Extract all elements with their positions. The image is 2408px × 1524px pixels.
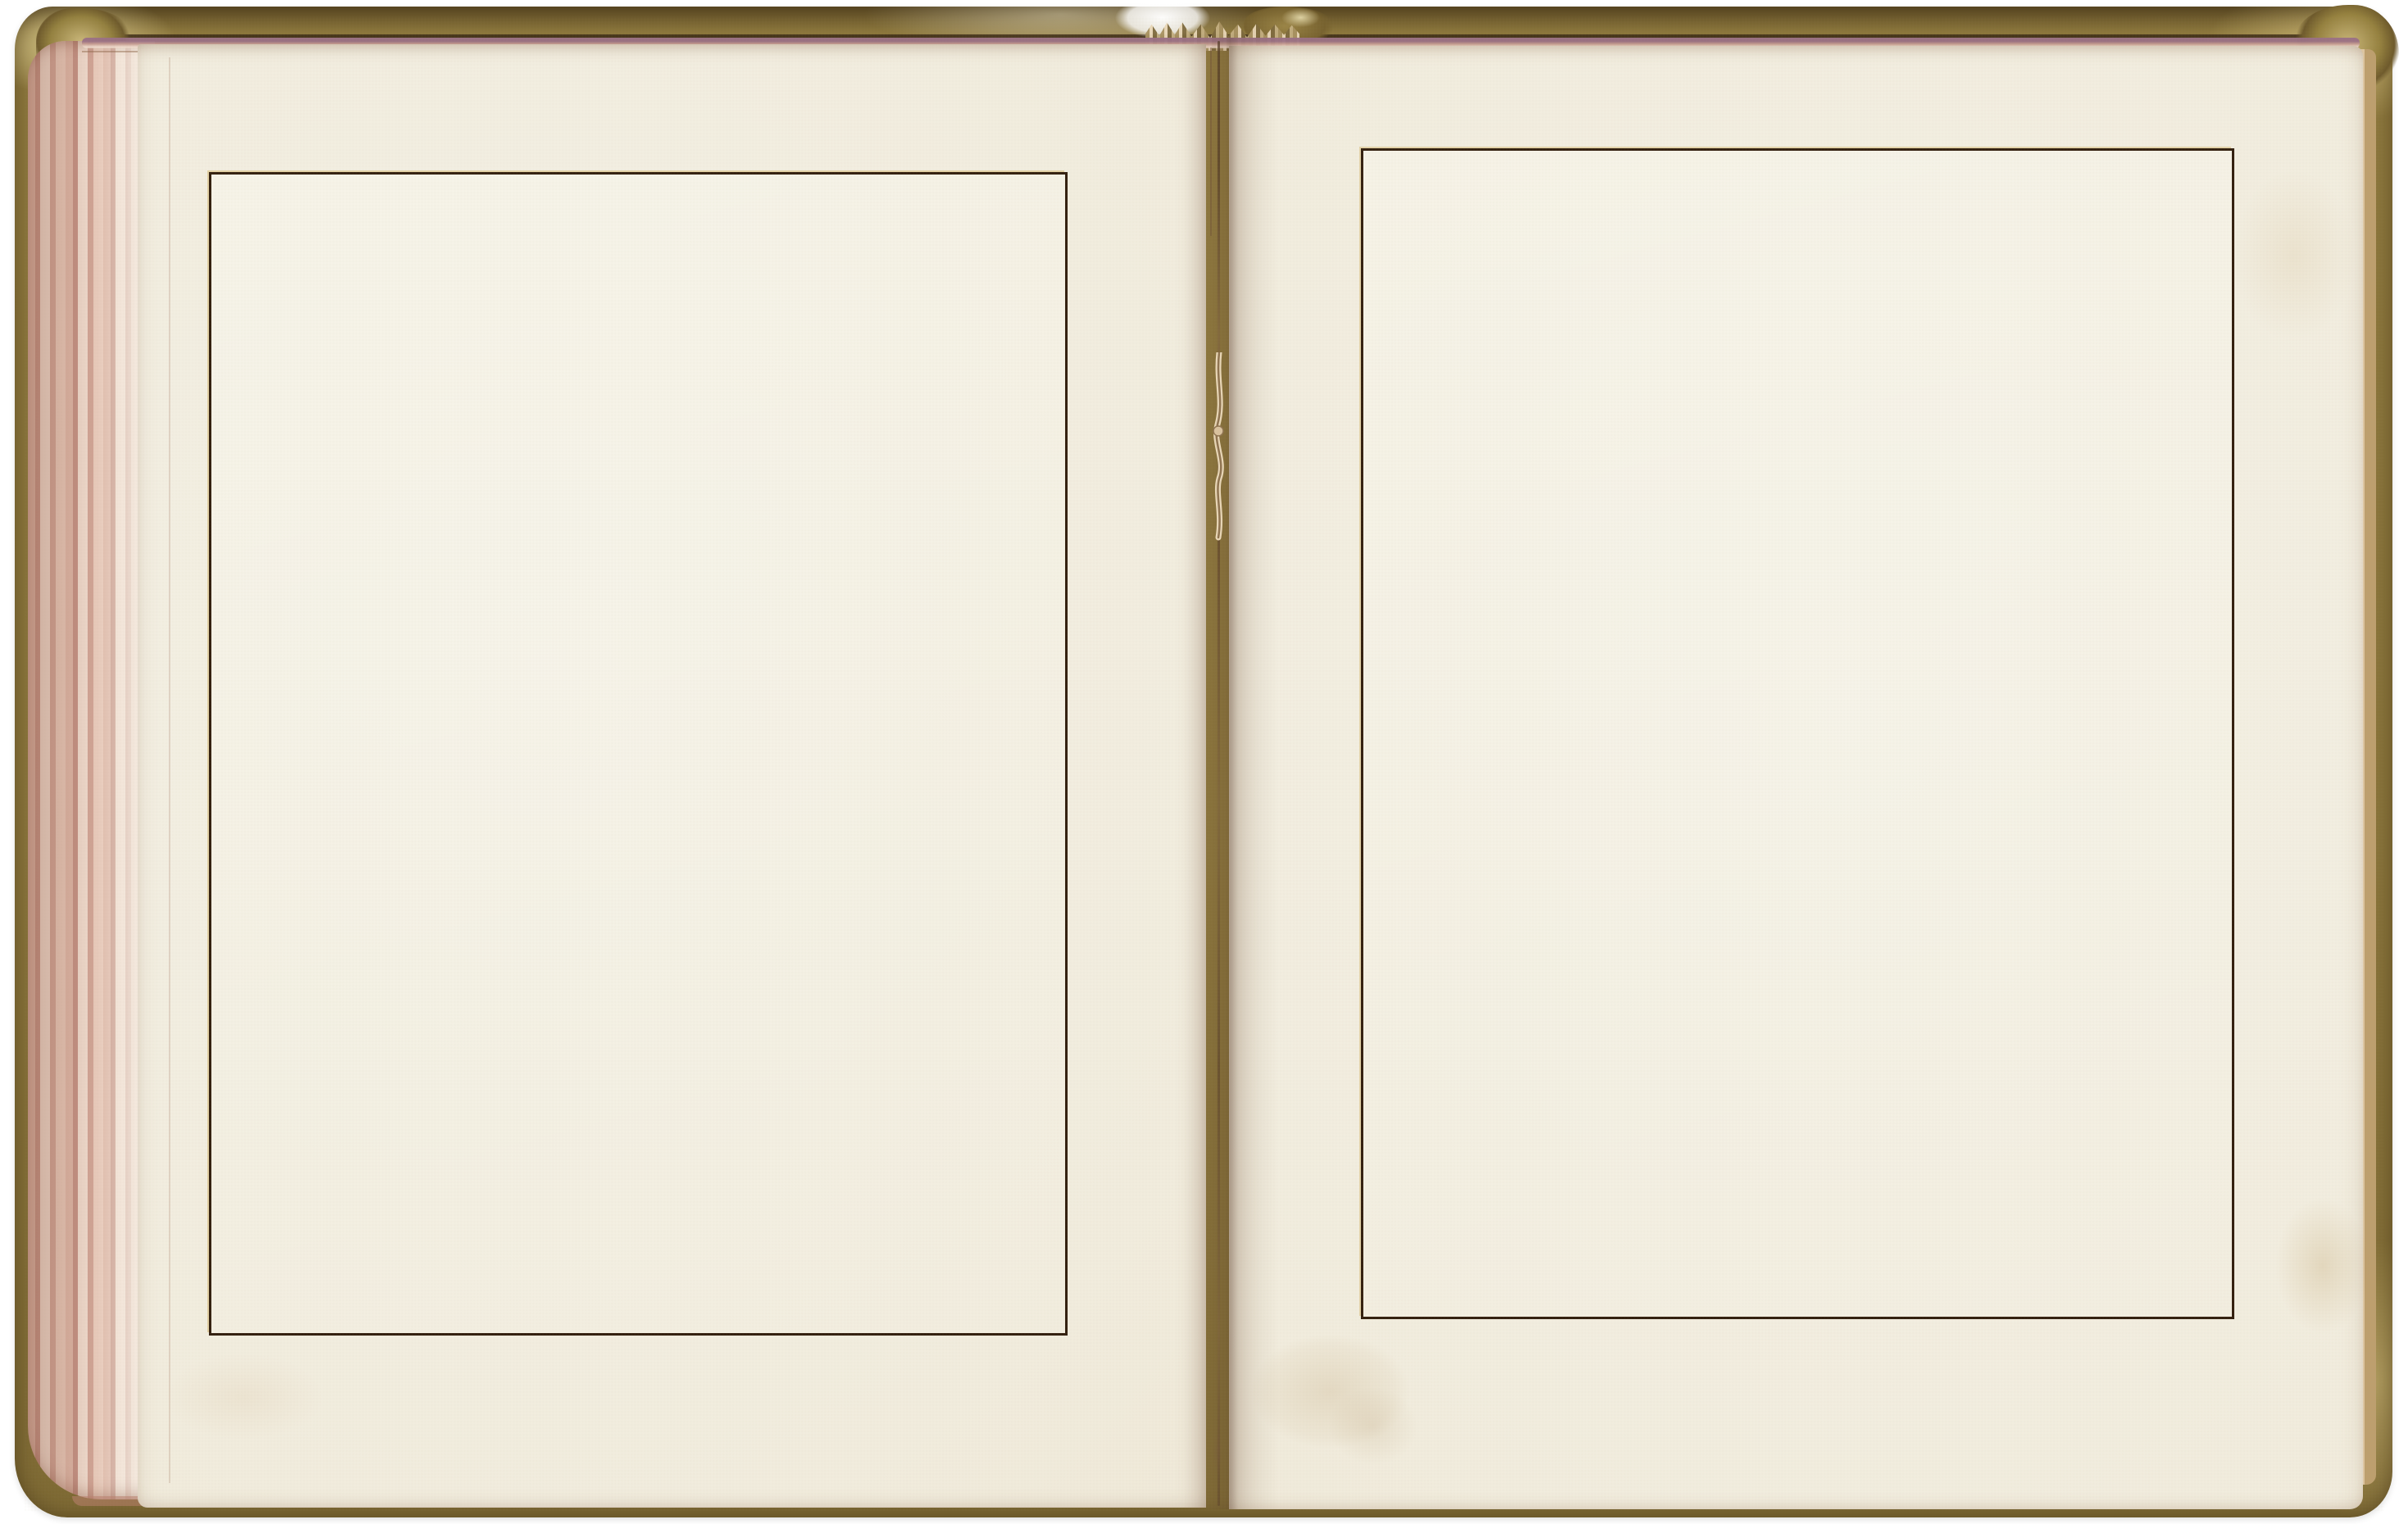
gutter-shadow [1183, 38, 1278, 1509]
gutter-bottom-notch [1211, 1422, 1224, 1482]
gutter-crease-line-secondary [1210, 48, 1212, 236]
left-page-ruled-frame [209, 172, 1068, 1336]
left-page-edge-hairline [169, 57, 170, 1483]
right-page-ruled-frame [1361, 148, 2234, 1319]
binding-thread [1193, 352, 1245, 541]
page-stack-left-edges [28, 41, 155, 1499]
photo-canvas [0, 0, 2408, 1524]
gutter-crease-line [1218, 41, 1220, 1506]
